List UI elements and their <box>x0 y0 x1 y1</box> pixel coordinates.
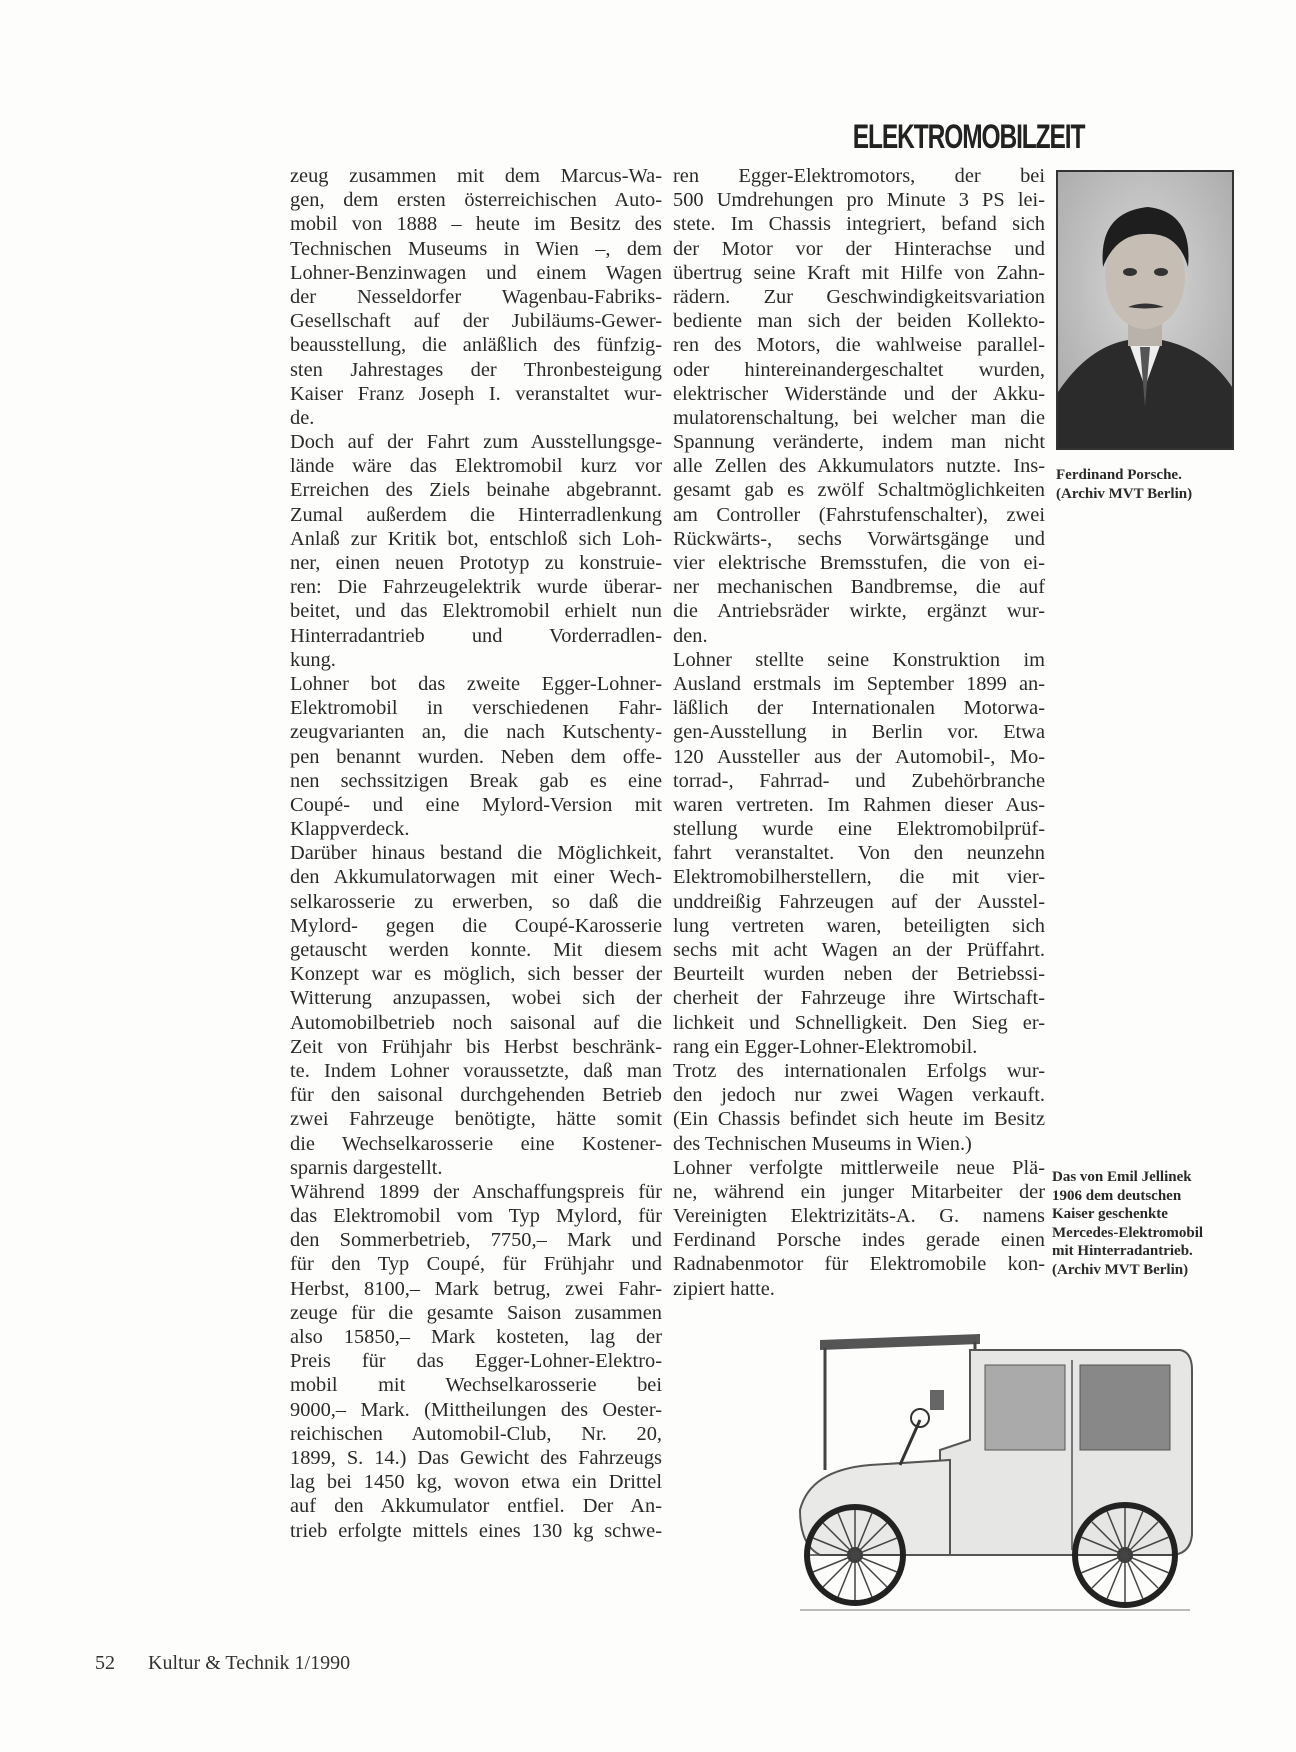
caption-line: mit Hinterradantrieb. <box>1052 1242 1232 1261</box>
text-line: sparnis dargestellt. <box>290 1156 662 1180</box>
text-line: Gesellschaft auf der Jubiläums-Gewer- <box>290 309 662 333</box>
text-line: 1899, S. 14.) Das Gewicht des Fahrzeugs <box>290 1446 662 1470</box>
caption-line: 1906 dem deutschen <box>1052 1187 1232 1206</box>
text-line: das Elektromobil vom Typ Mylord, für <box>290 1204 662 1228</box>
text-column-left: zeug zusammen mit dem Marcus-Wa-gen, dem… <box>290 164 662 1543</box>
text-line: gesamt gab es zwölf Schaltmöglichkeiten <box>673 478 1045 502</box>
rear-wheel <box>1075 1505 1175 1605</box>
text-line: waren vertreten. Im Rahmen dieser Aus- <box>673 793 1045 817</box>
text-line: Während 1899 der Anschaffungspreis für <box>290 1180 662 1204</box>
text-line: Ferdinand Porsche indes gerade einen <box>673 1228 1045 1252</box>
text-line: beausstellung, die anläßlich des fünfzig… <box>290 333 662 357</box>
text-line: zipiert hatte. <box>673 1277 1045 1301</box>
text-line: des Technischen Museums in Wien.) <box>673 1132 1045 1156</box>
text-line: Herbst, 8100,– Mark betrug, zwei Fahr- <box>290 1277 662 1301</box>
text-line: Rückwärts-, sechs Vorwärtsgänge und <box>673 527 1045 551</box>
text-line: unddreißig Fahrzeugen auf der Ausstel- <box>673 890 1045 914</box>
text-line: Konzept war es möglich, sich besser der <box>290 962 662 986</box>
text-line: Elektromobil in verschiedenen Fahr- <box>290 696 662 720</box>
text-line: cherheit der Fahrzeuge ihre Wirtschaft- <box>673 986 1045 1010</box>
caption-credit: (Archiv MVT Berlin) <box>1056 485 1256 504</box>
text-line: am Controller (Fahrstufenschalter), zwei <box>673 503 1045 527</box>
text-line: Zeit von Frühjahr bis Herbst beschränk- <box>290 1035 662 1059</box>
text-line: lände wäre das Elektromobil kurz vor <box>290 454 662 478</box>
car-photo <box>780 1320 1200 1620</box>
front-wheel <box>807 1507 903 1603</box>
text-line: Spannung veränderte, indem man nicht <box>673 430 1045 454</box>
text-line: also 15850,– Mark kosteten, lag der <box>290 1325 662 1349</box>
text-line: zeug zusammen mit dem Marcus-Wa- <box>290 164 662 188</box>
portrait-caption: Ferdinand Porsche. (Archiv MVT Berlin) <box>1056 466 1256 503</box>
text-line: stete. Im Chassis integriert, befand sic… <box>673 212 1045 236</box>
text-line: Darüber hinaus bestand die Möglichkeit, <box>290 841 662 865</box>
portrait-photo <box>1056 170 1234 450</box>
text-line: Coupé- und eine Mylord-Version mit <box>290 793 662 817</box>
text-line: für den saisonal durchgehenden Betrieb <box>290 1083 662 1107</box>
text-line: übertrug seine Kraft mit Hilfe von Zahn- <box>673 261 1045 285</box>
text-line: Beurteilt wurden neben der Betriebssi- <box>673 962 1045 986</box>
text-line: der Nesseldorfer Wagenbau-Fabriks- <box>290 285 662 309</box>
text-line: ren Egger-Elektromotors, der bei <box>673 164 1045 188</box>
text-line: den Akkumulatorwagen mit einer Wech- <box>290 865 662 889</box>
text-line: elektrischer Widerstände und der Akku- <box>673 382 1045 406</box>
text-line: Doch auf der Fahrt zum Ausstellungsge- <box>290 430 662 454</box>
text-line: lag bei 1450 kg, wovon etwa ein Drittel <box>290 1470 662 1494</box>
person-portrait-icon <box>1058 172 1232 448</box>
text-line: die Wechselkarosserie eine Kostener- <box>290 1132 662 1156</box>
text-line: mulatorenschaltung, bei welcher man die <box>673 406 1045 430</box>
text-line: ner, einen neuen Prototyp zu konstruie- <box>290 551 662 575</box>
text-line: Anlaß zur Kritik bot, entschloß sich Loh… <box>290 527 662 551</box>
electric-car-icon <box>780 1320 1200 1620</box>
text-line: nen sechssitzigen Break gab es eine <box>290 769 662 793</box>
text-line: trieb erfolgte mittels eines 130 kg schw… <box>290 1519 662 1543</box>
text-line: Witterung anzupassen, wobei sich der <box>290 986 662 1010</box>
text-line: ner mechanischen Bandbremse, die auf <box>673 575 1045 599</box>
text-line: Hinterradantrieb und Vorderradlen- <box>290 624 662 648</box>
text-line: Kaiser Franz Joseph I. veranstaltet wur- <box>290 382 662 406</box>
text-line: Lohner-Benzinwagen und einem Wagen <box>290 261 662 285</box>
page-number: 52 <box>95 1652 115 1674</box>
text-line: rang ein Egger-Lohner-Elektromobil. <box>673 1035 1045 1059</box>
text-line: zeugvarianten an, die nach Kutschenty- <box>290 720 662 744</box>
text-line: gen-Ausstellung in Berlin vor. Etwa <box>673 720 1045 744</box>
page-footer: 52 Kultur & Technik 1/1990 <box>95 1652 350 1675</box>
text-line: gen, dem ersten österreichischen Auto- <box>290 188 662 212</box>
text-line: bediente man sich der beiden Kollekto- <box>673 309 1045 333</box>
text-line: Lohner stellte seine Konstruktion im <box>673 648 1045 672</box>
text-line: auf den Akkumulator entfiel. Der An- <box>290 1494 662 1518</box>
text-line: den. <box>673 624 1045 648</box>
text-line: 120 Aussteller aus der Automobil-, Mo- <box>673 745 1045 769</box>
text-line: vier elektrische Bremsstufen, die von ei… <box>673 551 1045 575</box>
text-line: sechs mit acht Wagen an der Prüffahrt. <box>673 938 1045 962</box>
text-line: selkarosserie zu erwerben, so daß die <box>290 890 662 914</box>
text-line: stellung wurde eine Elektromobilprüf- <box>673 817 1045 841</box>
text-line: ne, während ein junger Mitarbeiter der <box>673 1180 1045 1204</box>
text-line: 9000,– Mark. (Mittheilungen des Oester- <box>290 1398 662 1422</box>
text-line: Lohner verfolgte mittlerweile neue Plä- <box>673 1156 1045 1180</box>
text-line: getauscht werden konnte. Mit diesem <box>290 938 662 962</box>
text-line: zwei Fahrzeuge benötigte, hätte somit <box>290 1107 662 1131</box>
text-line: lung vertreten waren, beteiligten sich <box>673 914 1045 938</box>
text-line: 500 Umdrehungen pro Minute 3 PS lei- <box>673 188 1045 212</box>
text-line: Automobilbetrieb noch saisonal auf die <box>290 1011 662 1035</box>
caption-line: Mercedes-Elektromobil <box>1052 1224 1232 1243</box>
caption-line: Das von Emil Jellinek <box>1052 1168 1232 1187</box>
text-line: der Motor vor der Hinterachse und <box>673 237 1045 261</box>
text-line: torrad-, Fahrrad- und Zubehörbranche <box>673 769 1045 793</box>
text-line: Elektromobilherstellern, die mit vier- <box>673 865 1045 889</box>
text-line: mobil von 1888 – heute im Besitz des <box>290 212 662 236</box>
text-line: oder hintereinandergeschaltet wurden, <box>673 358 1045 382</box>
text-line: Trotz des internationalen Erfolgs wur- <box>673 1059 1045 1083</box>
caption-line: (Archiv MVT Berlin) <box>1052 1261 1232 1280</box>
text-line: Technischen Museums in Wien –, dem <box>290 237 662 261</box>
page-title: ELEKTROMOBILZEIT <box>853 118 1040 157</box>
text-line: lichkeit und Schnelligkeit. Den Sieg er- <box>673 1011 1045 1035</box>
text-line: kung. <box>290 648 662 672</box>
text-line: pen benannt wurden. Neben dem offe- <box>290 745 662 769</box>
text-line: ren des Motors, die wahlweise parallel- <box>673 333 1045 357</box>
text-line: Zumal außerdem die Hinterradlenkung <box>290 503 662 527</box>
text-line: alle Zellen des Akkumulators nutzte. Ins… <box>673 454 1045 478</box>
text-line: für den Typ Coupé, für Frühjahr und <box>290 1252 662 1276</box>
text-line: Lohner bot das zweite Egger-Lohner- <box>290 672 662 696</box>
text-line: (Ein Chassis befindet sich heute im Besi… <box>673 1107 1045 1131</box>
text-line: sten Jahrestages der Thronbesteigung <box>290 358 662 382</box>
text-line: Vereinigten Elektrizitäts-A. G. namens <box>673 1204 1045 1228</box>
text-line: Mylord- gegen die Coupé-Karosserie <box>290 914 662 938</box>
publication-name: Kultur & Technik 1/1990 <box>148 1652 350 1674</box>
text-line: Ausland erstmals im September 1899 an- <box>673 672 1045 696</box>
text-line: fahrt veranstaltet. Von den neunzehn <box>673 841 1045 865</box>
caption-line: Kaiser geschenkte <box>1052 1205 1232 1224</box>
text-line: Klappverdeck. <box>290 817 662 841</box>
text-line: mobil mit Wechselkarosserie bei <box>290 1373 662 1397</box>
text-line: beitet, und das Elektromobil erhielt nun <box>290 599 662 623</box>
text-line: Preis für das Egger-Lohner-Elektro- <box>290 1349 662 1373</box>
text-line: reichischen Automobil-Club, Nr. 20, <box>290 1422 662 1446</box>
text-line: läßlich der Internationalen Motorwa- <box>673 696 1045 720</box>
text-line: den Sommerbetrieb, 7750,– Mark und <box>290 1228 662 1252</box>
text-line: de. <box>290 406 662 430</box>
text-line: zeuge für die gesamte Saison zusammen <box>290 1301 662 1325</box>
caption-line: Ferdinand Porsche. <box>1056 466 1256 485</box>
text-line: den jedoch nur zwei Wagen verkauft. <box>673 1083 1045 1107</box>
text-line: ren: Die Fahrzeugelektrik wurde überar- <box>290 575 662 599</box>
text-line: rädern. Zur Geschwindigkeitsvariation <box>673 285 1045 309</box>
text-line: te. Indem Lohner voraussetzte, daß man <box>290 1059 662 1083</box>
text-line: die Antriebsräder wirkte, ergänzt wur- <box>673 599 1045 623</box>
car-caption: Das von Emil Jellinek1906 dem deutschenK… <box>1052 1168 1232 1279</box>
text-line: Erreichen des Ziels beinahe abgebrannt. <box>290 478 662 502</box>
text-line: Radnabenmotor für Elektromobile kon- <box>673 1252 1045 1276</box>
text-column-right: ren Egger-Elektromotors, der bei500 Umdr… <box>673 164 1045 1301</box>
